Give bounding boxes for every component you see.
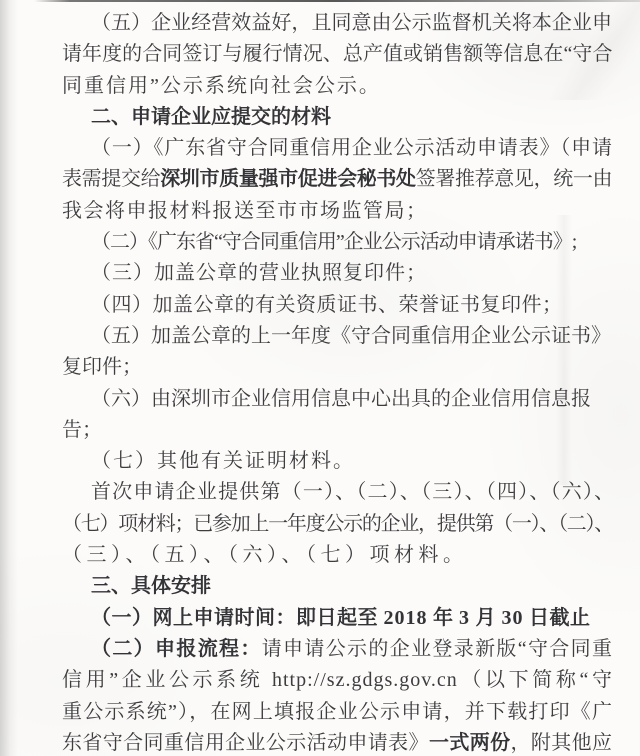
- text-line: 三、具体安排: [62, 571, 612, 602]
- text-segment: （三）、（五）、（六）、（七）项材料。: [62, 544, 468, 566]
- text-segment: 请年度的合同签订与履行情况、总产值或销售额等信息在“守合: [62, 43, 612, 65]
- text-line: 同重信用”公示系统向社会公示。: [62, 71, 612, 102]
- text-line: （二）《广东省“守合同重信用”企业公示活动申请承诺书》;: [62, 227, 612, 258]
- text-line: （五）企业经营效益好，且同意由公示监督机关将本企业申: [62, 8, 612, 39]
- scan-top-edge-artifact: [34, 0, 640, 2]
- text-segment: 签署推荐意见，统一由: [416, 168, 612, 190]
- text-line: （三）加盖公章的营业执照复印件；: [62, 258, 612, 289]
- text-line: 请年度的合同签订与履行情况、总产值或销售额等信息在“守合: [62, 39, 612, 70]
- text-segment: （二）申报流程：: [91, 638, 262, 660]
- text-segment: （三）加盖公章的营业执照复印件；: [91, 262, 427, 284]
- text-segment: （二）《广东省“守合同重信用”企业公示活动申请承诺书》;: [91, 231, 576, 253]
- text-segment: （以下简称“守: [458, 669, 612, 691]
- text-line: 重公示系统”），在网上填报企业公示申请，并下载打印《广: [62, 697, 612, 728]
- scanned-document-page: （五）企业经营效益好，且同意由公示监督机关将本企业申请年度的合同签订与履行情况、…: [0, 0, 640, 756]
- text-segment: （七）其他有关证明材料。: [91, 450, 355, 472]
- text-segment: 首次申请企业提供第（一）、（二）、（三）、（四）、（六）、: [91, 481, 612, 503]
- text-segment: 月: [470, 607, 502, 629]
- text-line: 信用”企业公示系统 http://sz.gdgs.gov.cn（以下简称“守: [62, 665, 612, 696]
- scan-left-shadow-artifact: [0, 0, 18, 756]
- text-segment: 表需提交给: [62, 168, 160, 190]
- text-segment: （四）加盖公章的有关资质证书、荣誉证书复印件；: [91, 294, 563, 316]
- text-segment: 告；: [62, 419, 102, 441]
- text-line: （七）项材料；已参加上一年度公示的企业，提供第（一）、（二）、: [62, 509, 612, 540]
- latin-text-segment: http://sz.gdgs.gov.cn: [272, 669, 458, 691]
- latin-text-segment: 2018: [384, 607, 428, 629]
- text-segment: 一式两份: [429, 732, 511, 754]
- text-segment: 复印件；: [62, 356, 142, 378]
- text-segment: （六）由深圳市企业信用信息中心出具的企业信用信息报: [91, 388, 591, 410]
- text-segment: 我会将申报材料报送至市市场监管局；: [62, 200, 428, 222]
- text-line: （三）、（五）、（六）、（七）项材料。: [62, 540, 612, 571]
- text-segment: 即日起至: [296, 607, 384, 629]
- text-line: （四）加盖公章的有关资质证书、荣誉证书复印件；: [62, 290, 612, 321]
- text-segment: （一）网上申请时间：: [91, 607, 296, 629]
- text-line: （五）加盖公章的上一年度《守合同重信用企业公示证书》: [62, 321, 612, 352]
- text-segment: 同重信用”公示系统向社会公示。: [62, 75, 381, 97]
- text-line: （一）《广东省守合同重信用企业公示活动申请表》（申请: [62, 133, 612, 164]
- text-line: 首次申请企业提供第（一）、（二）、（三）、（四）、（六）、: [62, 477, 612, 508]
- text-line: （二）申报流程：请申请公示的企业登录新版“守合同重: [62, 634, 612, 665]
- latin-text-segment: 30: [502, 607, 524, 629]
- text-segment: 深圳市质量强市促进会秘书处: [160, 168, 415, 190]
- text-line: 表需提交给深圳市质量强市促进会秘书处签署推荐意见，统一由: [62, 164, 612, 195]
- text-line: （七）其他有关证明材料。: [62, 446, 612, 477]
- text-segment: 重公示系统”），在网上填报企业公示申请，并下载打印《广: [62, 701, 612, 723]
- text-line: （一）网上申请时间：即日起至 2018 年 3 月 30 日截止: [62, 603, 612, 634]
- text-line: 二、申请企业应提交的材料: [62, 102, 612, 133]
- text-segment: （五）企业经营效益好，且同意由公示监督机关将本企业申: [91, 12, 612, 34]
- text-line: 我会将申报材料报送至市市场监管局；: [62, 196, 612, 227]
- text-line: （六）由深圳市企业信用信息中心出具的企业信用信息报: [62, 384, 612, 415]
- text-segment: 东省守合同重信用企业公示活动申请表》: [62, 732, 429, 754]
- document-body: （五）企业经营效益好，且同意由公示监督机关将本企业申请年度的合同签订与履行情况、…: [62, 8, 612, 756]
- text-line: 告；: [62, 415, 612, 446]
- text-segment: 信用”企业公示系统: [62, 669, 272, 691]
- text-segment: 三、具体安排: [91, 575, 211, 597]
- latin-text-segment: 3: [459, 607, 470, 629]
- text-segment: 请申请公示的企业登录新版“守合同重: [262, 638, 612, 660]
- text-segment: （七）项材料；已参加上一年度公示的企业，提供第（一）、（二）、: [62, 513, 612, 535]
- text-line: 东省守合同重信用企业公示活动申请表》一式两份，附其他应: [62, 728, 612, 756]
- text-segment: （一）《广东省守合同重信用企业公示活动申请表》（申请: [91, 137, 612, 159]
- text-segment: 日截止: [524, 607, 591, 629]
- text-segment: （五）加盖公章的上一年度《守合同重信用企业公示证书》: [91, 325, 611, 347]
- text-line: 复印件；: [62, 352, 612, 383]
- text-segment: 二、申请企业应提交的材料: [91, 106, 331, 128]
- text-segment: ，附其他应: [510, 732, 612, 754]
- text-segment: 年: [428, 607, 460, 629]
